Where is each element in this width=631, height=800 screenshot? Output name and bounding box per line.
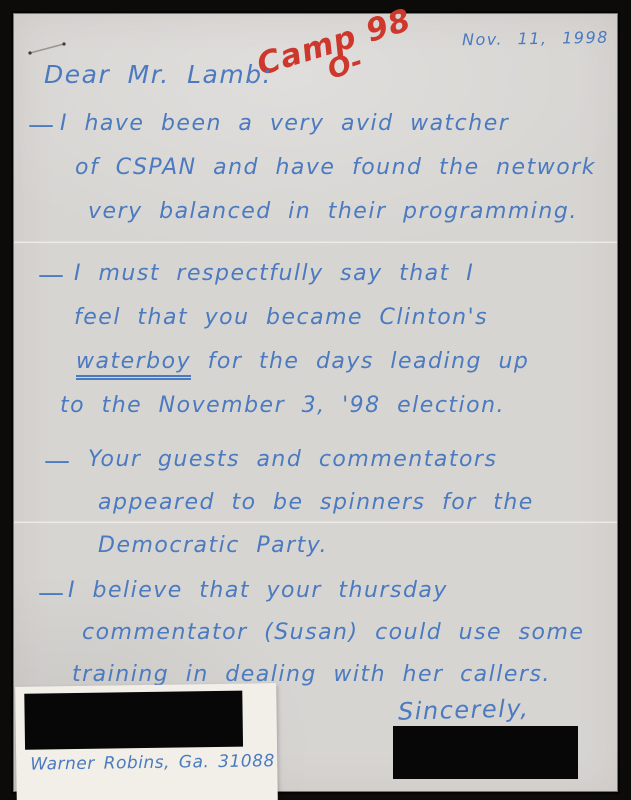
letter-line: I believe that your thursday xyxy=(68,570,584,612)
bullet-point-1: — I have been a very avid watcher of CSP… xyxy=(28,102,596,234)
bullet-point-4: — I believe that your thursday commentat… xyxy=(38,570,584,696)
letter-date: Nov. 11, 1998 xyxy=(462,28,609,50)
letter-line: very balanced in their programming. xyxy=(88,190,596,234)
letter-line: of CSPAN and have found the network xyxy=(75,146,596,190)
letter-line: Democratic Party. xyxy=(98,524,534,567)
bullet-dash: — xyxy=(38,578,64,608)
letter-line: to the November 3, '98 election. xyxy=(60,384,529,428)
scan-background: { "colors": { "background": "#0d0b09", "… xyxy=(0,0,631,800)
bullet-point-2: — I must respectfully say that I feel th… xyxy=(38,252,529,428)
letter-line: feel that you became Clinton's xyxy=(74,296,529,340)
address-redaction-bar xyxy=(24,691,243,750)
salutation: Dear Mr. Lamb: xyxy=(44,60,273,89)
address-line: Warner Robins, Ga. 31088 xyxy=(30,751,275,774)
closing-sincerely: Sincerely, xyxy=(398,694,530,725)
letter-line-rest: for the days leading up xyxy=(191,349,529,374)
address-slip: Warner Robins, Ga. 31088 xyxy=(15,683,278,800)
letter-line: I have been a very avid watcher xyxy=(60,102,596,146)
letter-line: waterboy for the days leading up xyxy=(76,340,529,384)
bullet-point-3: — Your guests and commentators appeared … xyxy=(44,438,534,567)
letter-paper: Nov. 11, 1998 Camp 98 O- Dear Mr. Lamb: … xyxy=(13,13,618,792)
letter-line: I must respectfully say that I xyxy=(74,252,529,296)
letter-line: Your guests and commentators xyxy=(88,438,534,481)
underlined-word: waterboy xyxy=(76,349,191,380)
bullet-dash: — xyxy=(28,110,54,140)
bullet-dash: — xyxy=(44,446,70,476)
letter-line: appeared to be spinners for the xyxy=(98,481,534,524)
red-annotation: Camp 98 O- xyxy=(253,2,422,105)
staple-mark xyxy=(26,40,76,58)
fold-crease-top xyxy=(14,241,617,244)
bullet-dash: — xyxy=(38,260,64,290)
signature-redaction-bar xyxy=(393,726,578,779)
letter-line: commentator (Susan) could use some xyxy=(82,612,584,654)
